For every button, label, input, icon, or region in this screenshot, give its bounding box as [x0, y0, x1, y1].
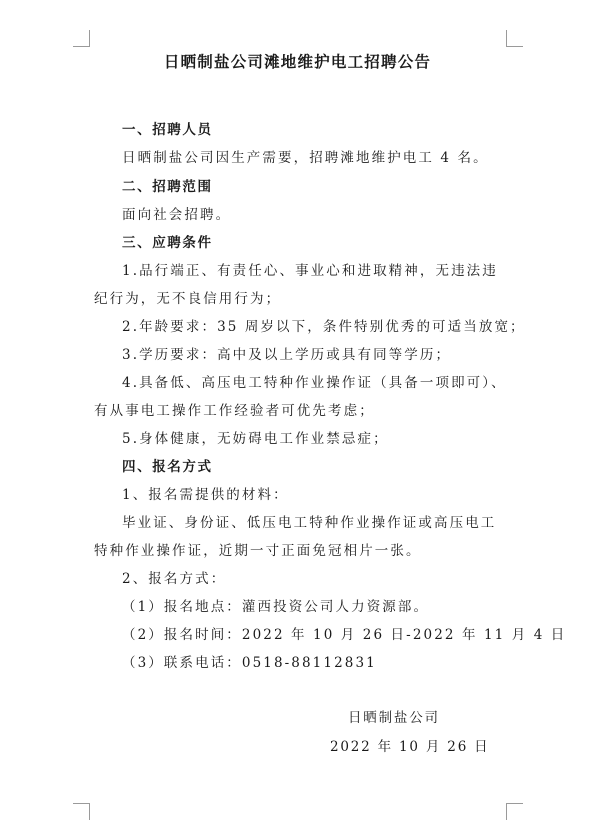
page-corner-mark-bottom-right: [506, 803, 523, 820]
requirement-item-3: 3.学历要求：高中及以上学历或具有同等学历；: [122, 343, 451, 363]
requirement-item-4-line2: 有从事电工操作工作经验者可优先考虑；: [94, 399, 375, 419]
requirement-item-2: 2.年龄要求：35 周岁以下，条件特别优秀的可适当放宽；: [122, 315, 526, 335]
section-text-scope: 面向社会招聘。: [122, 203, 231, 223]
application-materials-text-line1: 毕业证、身份证、低压电工特种作业操作证或高压电工: [122, 511, 496, 531]
application-materials-text-line2: 特种作业操作证，近期一寸正面免冠相片一张。: [94, 539, 422, 559]
application-method-label: 2、报名方式：: [122, 567, 226, 587]
application-location: （1）报名地点：灌西投资公司人力资源部。: [122, 595, 429, 615]
signature-date: 2022 年 10 月 26 日: [330, 735, 489, 755]
section-text-recruits: 日晒制盐公司因生产需要，招聘滩地维护电工 4 名。: [122, 146, 489, 166]
section-heading-requirements: 三、应聘条件: [122, 231, 213, 251]
requirement-item-1-line1: 1.品行端正、有责任心、事业心和进取精神，无违法违: [122, 259, 498, 279]
document-title: 日晒制盐公司滩地维护电工招聘公告: [0, 50, 595, 72]
application-materials-label: 1、报名需提供的材料：: [122, 483, 289, 503]
requirement-item-4-line1: 4.具备低、高压电工特种作业操作证（具备一项即可）、: [122, 371, 507, 391]
section-heading-recruits: 一、招聘人员: [122, 118, 213, 138]
application-contact-phone: （3）联系电话：0518-88112831: [122, 651, 377, 671]
application-period: （2）报名时间：2022 年 10 月 26 日-2022 年 11 月 4 日: [122, 623, 566, 643]
section-heading-scope: 二、招聘范围: [122, 175, 213, 195]
requirement-item-1-line2: 纪行为，无不良信用行为；: [94, 287, 281, 307]
requirement-item-5: 5.身体健康，无妨碍电工作业禁忌症；: [122, 427, 389, 447]
page-corner-mark-top-right: [506, 30, 523, 47]
page-corner-mark-bottom-left: [73, 803, 90, 820]
signature-company: 日晒制盐公司: [348, 706, 440, 726]
section-heading-application: 四、报名方式: [122, 455, 213, 475]
page-corner-mark-top-left: [73, 30, 90, 47]
